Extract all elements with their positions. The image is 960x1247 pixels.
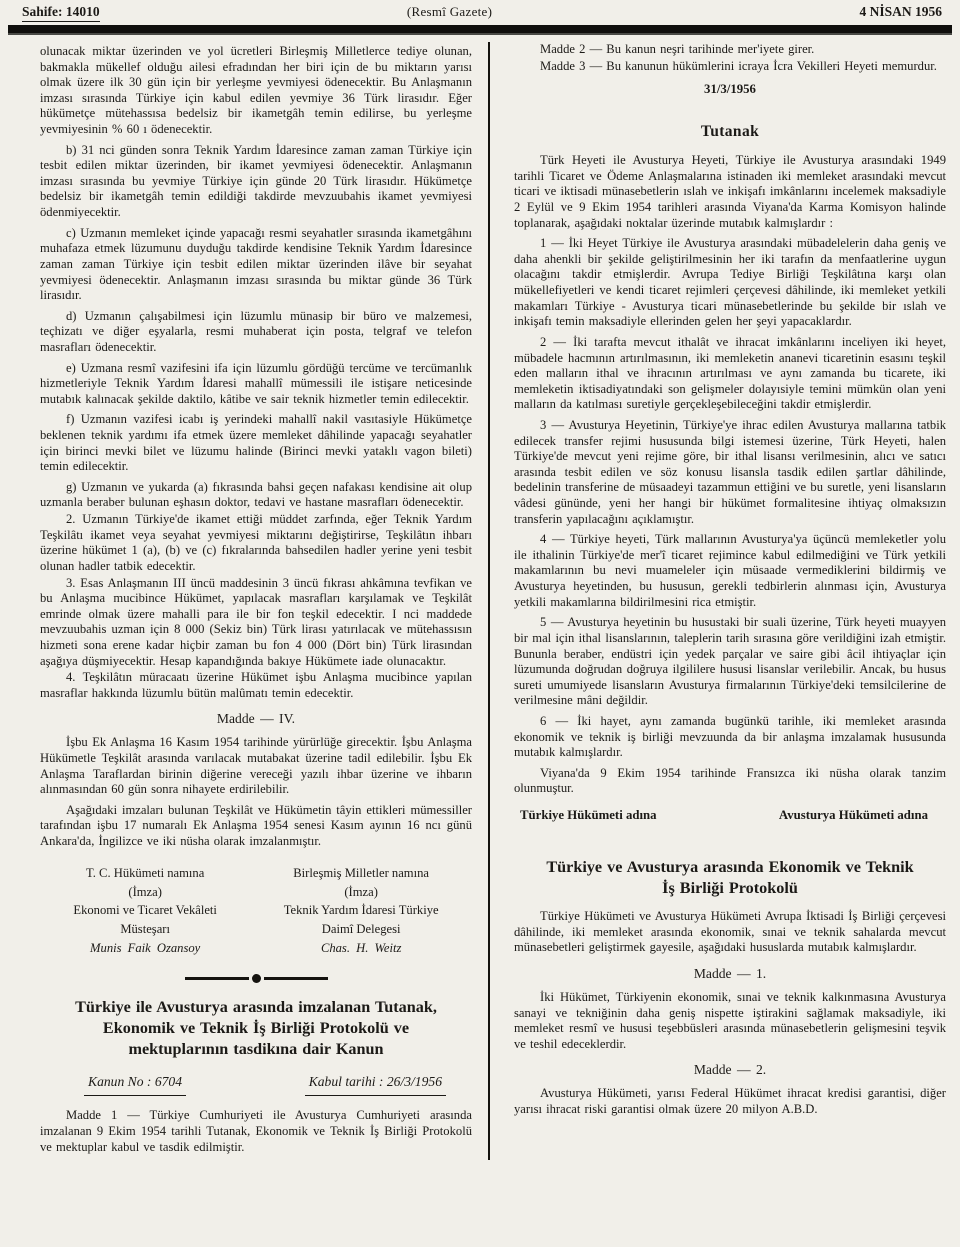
clause-4: 4. Teşkilâtın müracaatı üzerine Hükümet … bbox=[40, 670, 472, 701]
page-number: Sahife: 14010 bbox=[22, 4, 100, 22]
law-title: Türkiye ile Avusturya arasında imzalanan… bbox=[40, 997, 472, 1060]
protokol-intro-paragraph: Türkiye Hükümeti ve Avusturya Hükümeti A… bbox=[514, 909, 946, 956]
tutanak-point-2: 2 — İki tarafta mevcut ithalât ve ihraca… bbox=[514, 335, 946, 413]
clause-item-c: c) Uzmanın memleket içinde yapacağı resm… bbox=[40, 226, 472, 304]
madde-3-paragraph: Madde 3 — Bu kanunun hükümlerini icraya … bbox=[514, 59, 946, 75]
signature-party-austria: Avusturya Hükümeti adına bbox=[779, 808, 928, 823]
tutanak-intro-paragraph: Türk Heyeti ile Avusturya Heyeti, Türkiy… bbox=[514, 153, 946, 231]
signature-block-un: Birleşmiş Milletler namına (İmza) Teknik… bbox=[284, 864, 439, 958]
signatory-name: Munis Faik Ozansoy bbox=[73, 939, 217, 958]
left-column: olunacak miktar üzerinden ve yol ücretle… bbox=[14, 42, 486, 1160]
section-divider-ornament bbox=[40, 974, 472, 983]
masthead: Sahife: 14010 (Resmî Gazete) 4 NİSAN 195… bbox=[0, 0, 960, 24]
signature-row: T. C. Hükümeti namına (İmza) Ekonomi ve … bbox=[40, 864, 472, 958]
signature-party-turkey: Türkiye Hükümeti adına bbox=[520, 808, 657, 823]
tutanak-closing-paragraph: Viyana'da 9 Ekim 1954 tarihinde Fransızc… bbox=[514, 766, 946, 797]
tutanak-signature-row: Türkiye Hükümeti adına Avusturya Hükümet… bbox=[514, 802, 946, 825]
madde-2-paragraph: Madde 2 — Bu kanun neşri tarihinde mer'i… bbox=[514, 42, 946, 58]
gazette-page: Sahife: 14010 (Resmî Gazete) 4 NİSAN 195… bbox=[0, 0, 960, 1247]
clause-item-b: b) 31 nci günden sonra Teknik Yardım İda… bbox=[40, 143, 472, 221]
clause-item-g: g) Uzmanın ve yukarda (a) fıkrasında bah… bbox=[40, 480, 472, 511]
madde-iv-paragraph-1: İşbu Ek Anlaşma 16 Kasım 1954 tarihinde … bbox=[40, 735, 472, 797]
protokol-madde-1-paragraph: İki Hükümet, Türkiyenin ekonomik, sınai … bbox=[514, 990, 946, 1052]
spacer bbox=[514, 825, 946, 843]
divider-dot bbox=[252, 974, 261, 983]
content-columns: olunacak miktar üzerinden ve yol ücretle… bbox=[0, 35, 960, 1160]
tutanak-point-6: 6 — İki hayet, aynı zamanda bugünkü tari… bbox=[514, 714, 946, 761]
column-divider bbox=[488, 42, 490, 1160]
clause-3: 3. Esas Anlaşmanın III üncü maddesinin 3… bbox=[40, 576, 472, 670]
tutanak-point-3: 3 — Avusturya Heyetinin, Türkiye'ye ihra… bbox=[514, 418, 946, 527]
tutanak-point-1: 1 — İki Heyet Türkiye ile Avusturya aras… bbox=[514, 236, 946, 330]
issue-date: 4 NİSAN 1956 bbox=[859, 4, 942, 20]
madde-1-paragraph: Madde 1 — Türkiye Cumhuriyeti ile Avustu… bbox=[40, 1108, 472, 1155]
signature-line: Müsteşarı bbox=[73, 920, 217, 939]
law-acceptance-date: Kabul tarihi : 26/3/1956 bbox=[305, 1074, 446, 1096]
protokol-heading: Türkiye ve Avusturya arasında Ekonomik v… bbox=[514, 857, 946, 899]
clause-item-e: e) Uzmana resmî vazifesini ifa için lüzu… bbox=[40, 361, 472, 408]
signature-line: Daimî Delegesi bbox=[284, 920, 439, 939]
signature-line: T. C. Hükümeti namına bbox=[73, 864, 217, 883]
protokol-madde-2-heading: Madde — 2. bbox=[514, 1062, 946, 1078]
divider-bar bbox=[264, 977, 328, 980]
law-number: Kanun No : 6704 bbox=[84, 1074, 186, 1096]
tutanak-heading: Tutanak bbox=[514, 123, 946, 141]
tutanak-point-4: 4 — Türkiye heyeti, Türk mallarının Avus… bbox=[514, 532, 946, 610]
header-rule bbox=[8, 25, 952, 35]
madde-iv-heading: Madde — IV. bbox=[40, 711, 472, 727]
signature-line: (İmza) bbox=[284, 883, 439, 902]
signature-line: Teknik Yardım İdaresi Türkiye bbox=[284, 901, 439, 920]
continuation-paragraph: olunacak miktar üzerinden ve yol ücretle… bbox=[40, 44, 472, 138]
protokol-madde-1-heading: Madde — 1. bbox=[514, 966, 946, 982]
right-column: Madde 2 — Bu kanun neşri tarihinde mer'i… bbox=[492, 42, 950, 1160]
signature-line: Ekonomi ve Ticaret Vekâleti bbox=[73, 901, 217, 920]
clause-2: 2. Uzmanın Türkiye'de ikamet ettiği müdd… bbox=[40, 512, 472, 574]
gazette-title: (Resmî Gazete) bbox=[407, 4, 492, 20]
signatory-name: Chas. H. Weitz bbox=[284, 939, 439, 958]
signature-line: Birleşmiş Milletler namına bbox=[284, 864, 439, 883]
law-sign-date: 31/3/1956 bbox=[514, 82, 946, 97]
clause-item-f: f) Uzmanın vazifesi icabı iş yerindeki m… bbox=[40, 412, 472, 474]
tutanak-point-5: 5 — Avusturya heyetinin bu husustaki bir… bbox=[514, 615, 946, 709]
madde-iv-paragraph-2: Aşağıdaki imzaları bulunan Teşkilât ve H… bbox=[40, 803, 472, 850]
law-meta-row: Kanun No : 6704 Kabul tarihi : 26/3/1956 bbox=[40, 1070, 472, 1098]
signature-block-turkey: T. C. Hükümeti namına (İmza) Ekonomi ve … bbox=[73, 864, 217, 958]
divider-bar bbox=[185, 977, 249, 980]
signature-line: (İmza) bbox=[73, 883, 217, 902]
clause-item-d: d) Uzmanın çalışabilmesi için lüzumlu mü… bbox=[40, 309, 472, 356]
protokol-madde-2-paragraph: Avusturya Hükümeti, yarısı Federal Hüküm… bbox=[514, 1086, 946, 1117]
